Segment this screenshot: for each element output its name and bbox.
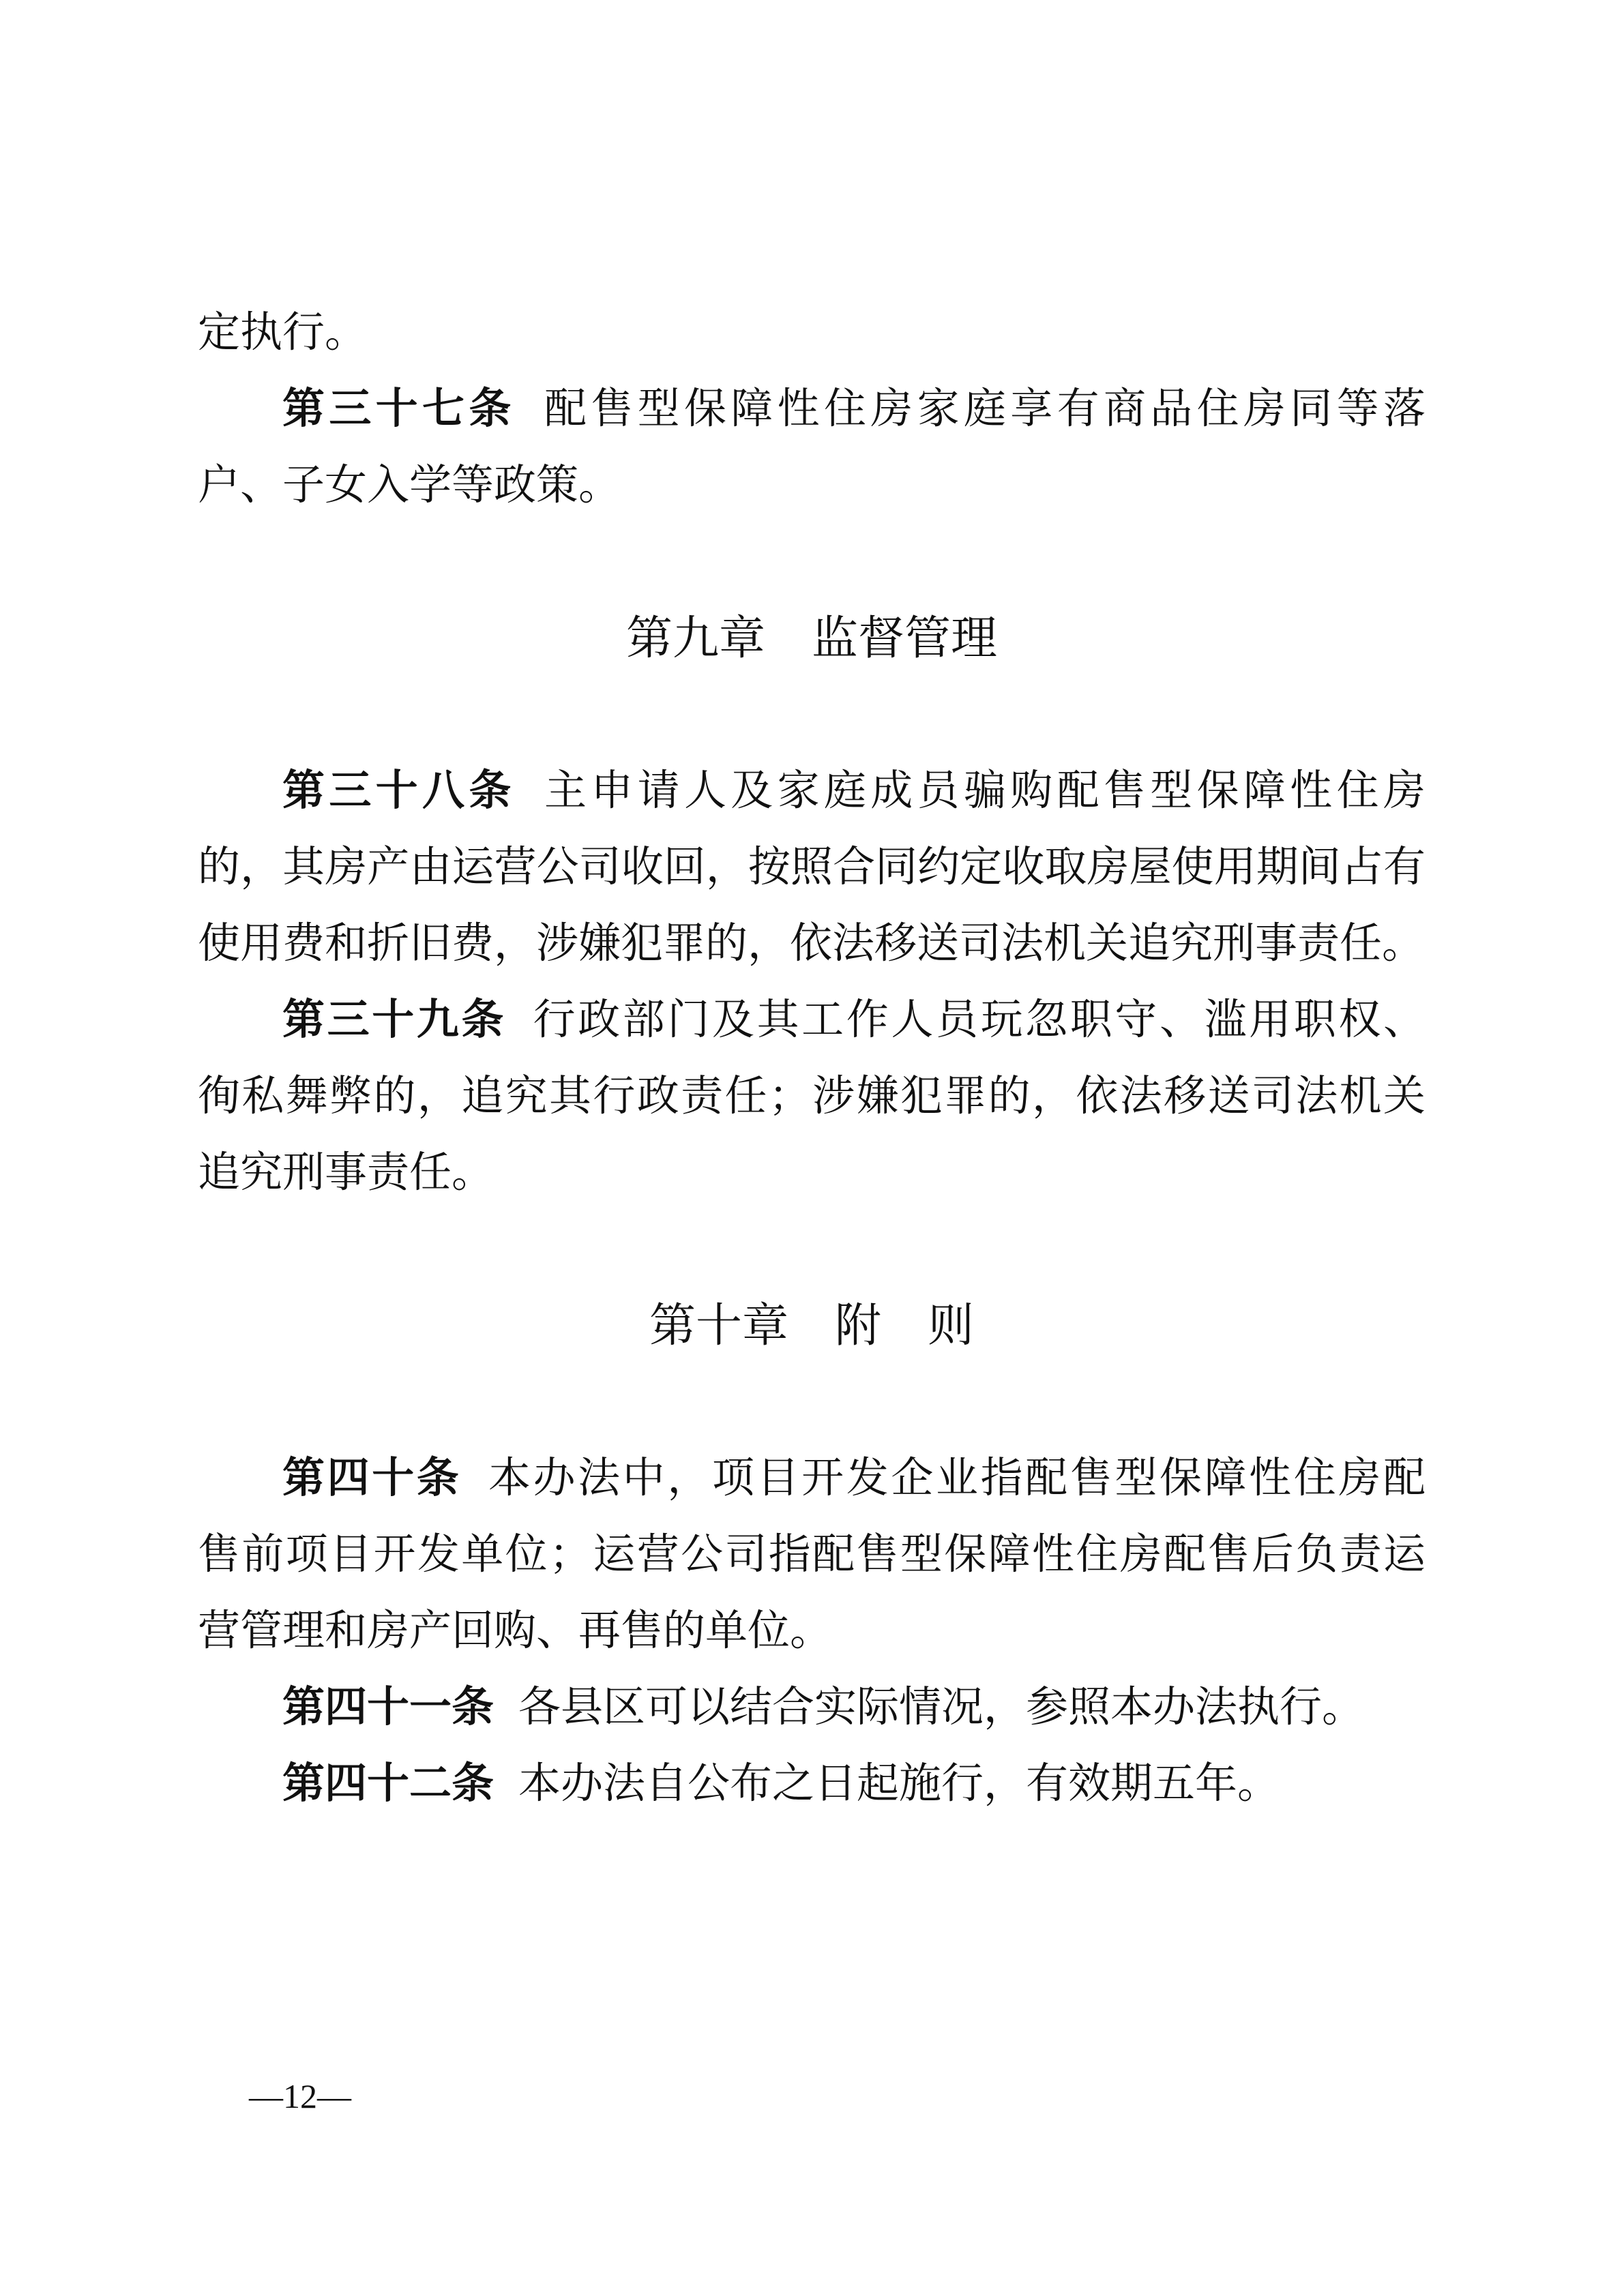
article-number: 第三十八条	[282, 768, 516, 814]
article-line: 第四十一条各县区可以结合实际情况，参照本办法执行。	[198, 1669, 1426, 1746]
paragraph-text: 徇私舞弊的，追究其行政责任；涉嫌犯罪的，依法移送司法机关	[198, 1073, 1426, 1120]
paragraph-text: 使用费和折旧费，涉嫌犯罪的，依法移送司法机关追究刑事责任。	[198, 921, 1424, 967]
paragraph-line: 使用费和折旧费，涉嫌犯罪的，依法移送司法机关追究刑事责任。	[198, 906, 1426, 982]
paragraph-text: 营管理和房产回购、再售的单位。	[198, 1608, 832, 1654]
paragraph-text: 的，其房产由运营公司收回，按照合同约定收取房屋使用期间占有	[198, 844, 1426, 891]
paragraph-line: 的，其房产由运营公司收回，按照合同约定收取房屋使用期间占有	[198, 829, 1426, 906]
paragraph-text: 本办法自公布之日起施行，有效期五年。	[518, 1761, 1280, 1807]
article-number: 第四十一条	[282, 1684, 494, 1731]
page-number: —12—	[249, 2076, 351, 2117]
article-number: 第三十九条	[282, 997, 506, 1043]
article-number: 第三十七条	[282, 386, 516, 432]
document-page: 定执行。 第三十七条配售型保障性住房家庭享有商品住房同等落 户、子女入学等政策。…	[0, 0, 1624, 2296]
article-number: 第四十条	[282, 1455, 461, 1502]
paragraph-text: 主申请人及家庭成员骗购配售型保障性住房	[540, 768, 1426, 814]
paragraph-text: 定执行。	[198, 310, 367, 356]
paragraph-text: 行政部门及其工作人员玩忽职守、滥用职权、	[531, 997, 1426, 1043]
document-body: 定执行。 第三十七条配售型保障性住房家庭享有商品住房同等落 户、子女入学等政策。…	[198, 0, 1426, 1822]
paragraph-text: 配售型保障性住房家庭享有商品住房同等落	[540, 386, 1426, 432]
chapter-heading: 第十章 附 则	[198, 1287, 1426, 1364]
paragraph-line: 户、子女入学等政策。	[198, 447, 1426, 524]
paragraph-line: 定执行。	[198, 295, 1426, 371]
paragraph-text: 各县区可以结合实际情况，参照本办法执行。	[518, 1684, 1364, 1731]
paragraph-text: 售前项目开发单位；运营公司指配售型保障性住房配售后负责运	[198, 1532, 1426, 1578]
paragraph-line: 追究刑事责任。	[198, 1135, 1426, 1211]
paragraph-line: 售前项目开发单位；运营公司指配售型保障性住房配售后负责运	[198, 1517, 1426, 1593]
paragraph-text: 户、子女入学等政策。	[198, 462, 621, 509]
article-line: 第四十二条本办法自公布之日起施行，有效期五年。	[198, 1746, 1426, 1822]
paragraph-text: 追究刑事责任。	[198, 1150, 494, 1196]
article-number: 第四十二条	[282, 1761, 494, 1807]
paragraph-line: 营管理和房产回购、再售的单位。	[198, 1593, 1426, 1669]
paragraph-line: 徇私舞弊的，追究其行政责任；涉嫌犯罪的，依法移送司法机关	[198, 1058, 1426, 1135]
article-line: 第三十八条主申请人及家庭成员骗购配售型保障性住房	[198, 753, 1426, 829]
paragraph-text: 本办法中，项目开发企业指配售型保障性住房配	[486, 1455, 1426, 1502]
article-line: 第四十条本办法中，项目开发企业指配售型保障性住房配	[198, 1440, 1426, 1517]
article-line: 第三十七条配售型保障性住房家庭享有商品住房同等落	[198, 371, 1426, 447]
article-line: 第三十九条行政部门及其工作人员玩忽职守、滥用职权、	[198, 982, 1426, 1058]
chapter-heading: 第九章 监督管理	[198, 600, 1426, 676]
